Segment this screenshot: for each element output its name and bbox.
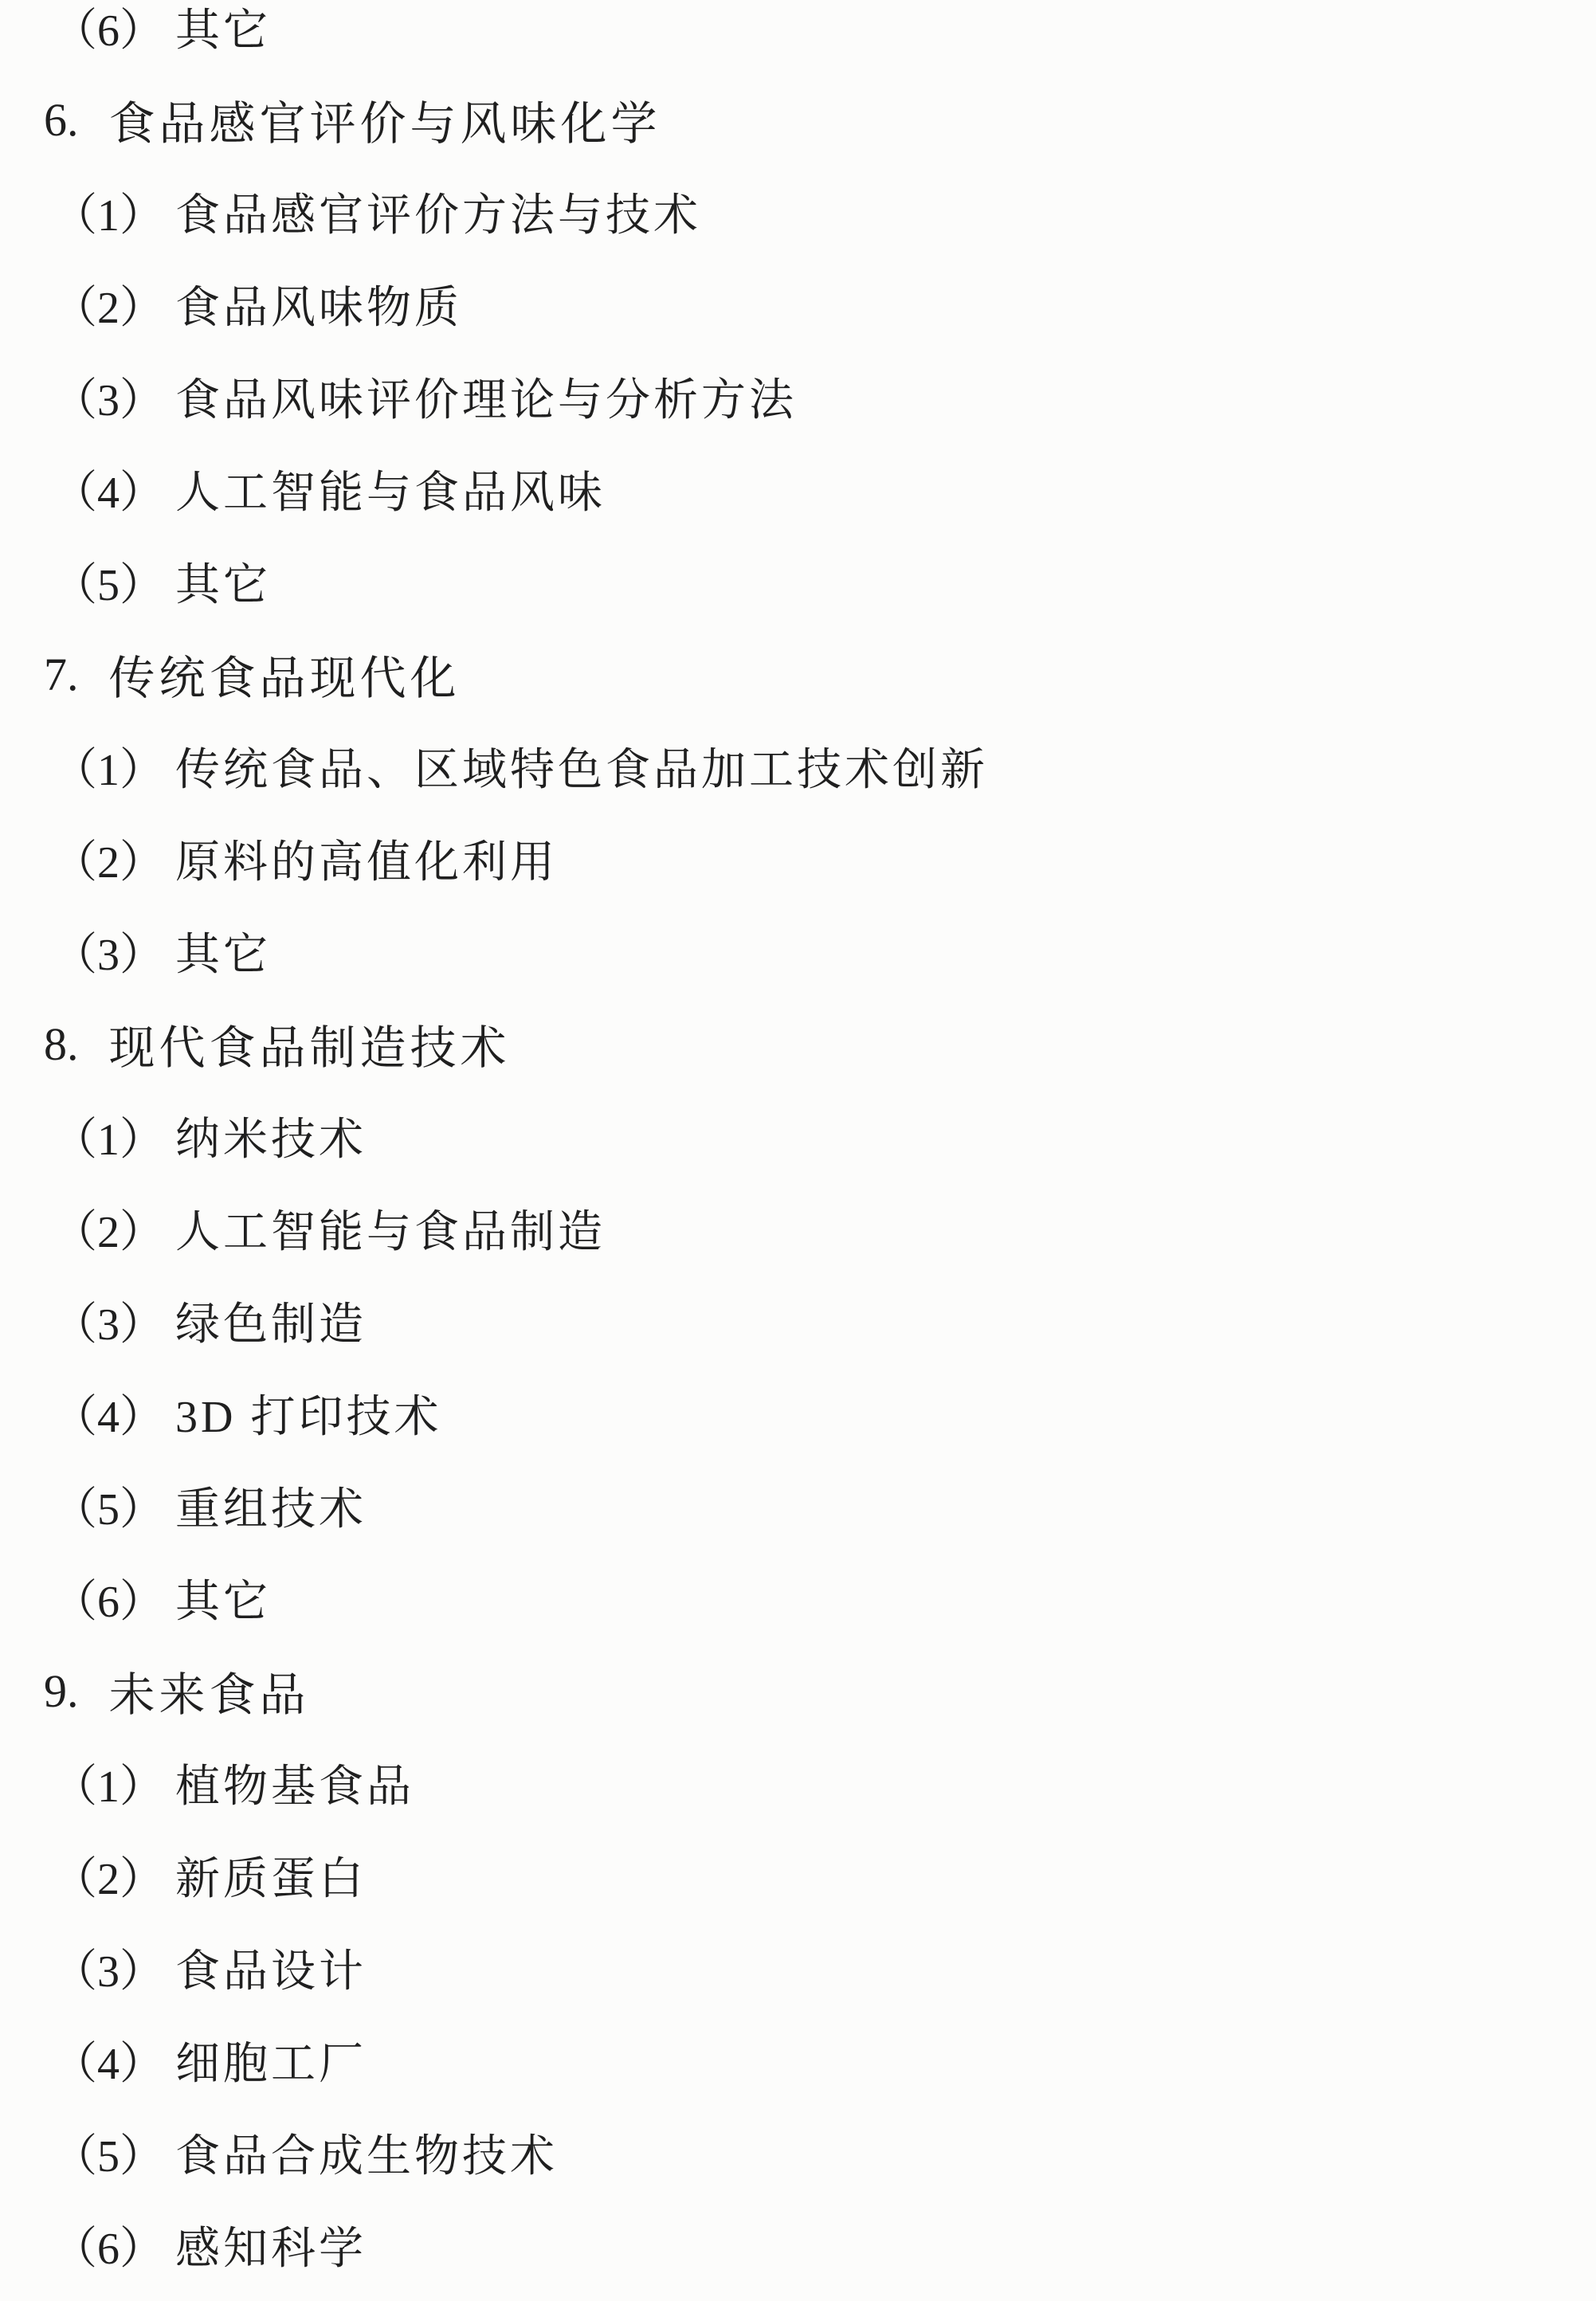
item-marker: （6） [53,0,164,59]
item-text: 纳米技术 [175,1104,367,1168]
list-item: （3） 绿色制造 [0,1275,1596,1367]
item-marker: 7. [44,648,79,701]
item-marker: （1） [53,1751,164,1815]
item-text: 其它 [175,1566,271,1630]
item-marker: 6. [44,93,79,147]
list-item: （6） 其它 [0,0,1596,73]
item-text: 人工智能与食品制造 [175,1197,606,1260]
item-marker: （6） [53,2213,164,2277]
item-text: 绿色制造 [175,1289,367,1353]
item-text: 人工智能与食品风味 [175,457,606,521]
item-text: 原料的高值化利用 [175,827,558,891]
list-item: （3） 其它 [0,905,1596,998]
list-item: （1） 植物基食品 [0,1737,1596,1829]
item-marker: （3） [53,365,164,429]
item-marker: （2） [53,272,164,336]
list-item: （6） 其它 [0,1552,1596,1644]
list-item: （2） 人工智能与食品制造 [0,1182,1596,1275]
item-text: 传统食品、区域特色食品加工技术创新 [175,735,988,798]
item-marker: 9. [44,1664,79,1718]
item-marker: （4） [53,457,164,521]
item-text: 其它 [175,919,271,983]
item-text: 其它 [175,550,271,613]
item-marker: （6） [53,1566,164,1630]
item-text: 3D 打印技术 [175,1382,441,1445]
item-text: 食品感官评价与风味化学 [109,86,661,153]
item-marker: （4） [53,2029,164,2092]
item-text: 重组技术 [175,1474,367,1538]
list-item: （4） 人工智能与食品风味 [0,443,1596,535]
list-item: （1） 传统食品、区域特色食品加工技术创新 [0,720,1596,813]
item-marker: （1） [53,735,164,798]
item-marker: （2） [53,1844,164,1907]
item-marker: （5） [53,1474,164,1538]
item-text: 传统食品现代化 [109,641,461,708]
list-item: （1） 纳米技术 [0,1090,1596,1182]
list-item: （5） 食品合成生物技术 [0,2107,1596,2199]
item-text: 未来食品 [109,1657,310,1724]
item-marker: 8. [44,1017,79,1071]
item-text: 食品感官评价方法与技术 [175,180,701,244]
item-marker: （4） [53,1382,164,1445]
item-text: 食品设计 [175,1936,367,2000]
item-text: 食品风味评价理论与分析方法 [175,365,797,429]
item-text: 细胞工厂 [175,2029,367,2092]
list-item: （6） 感知科学 [0,2199,1596,2291]
item-marker: （1） [53,180,164,244]
list-item: （1） 食品感官评价方法与技术 [0,166,1596,258]
item-marker: （2） [53,827,164,891]
item-marker: （3） [53,1289,164,1353]
list-item: （2） 新质蛋白 [0,1829,1596,1922]
list-item: （4） 细胞工厂 [0,2014,1596,2107]
section-heading: 7. 传统食品现代化 [0,628,1596,720]
section-heading: 9. 未来食品 [0,1644,1596,1737]
item-text: 其它 [175,0,271,59]
item-text: 植物基食品 [175,1751,414,1815]
section-heading: 6. 食品感官评价与风味化学 [0,73,1596,166]
document-page: （6） 其它 6. 食品感官评价与风味化学 （1） 食品感官评价方法与技术 （2… [0,0,1596,2301]
list-item: （2） 食品风味物质 [0,258,1596,351]
item-marker: （1） [53,1104,164,1168]
item-marker: （3） [53,1936,164,2000]
item-marker: （5） [53,550,164,613]
list-item: （2） 原料的高值化利用 [0,813,1596,905]
item-text: 新质蛋白 [175,1844,367,1907]
item-marker: （5） [53,2121,164,2185]
item-text: 现代食品制造技术 [109,1010,511,1077]
item-text: 感知科学 [175,2213,367,2277]
item-marker: （2） [53,1197,164,1260]
list-item: （4） 3D 打印技术 [0,1367,1596,1460]
list-item: （3） 食品风味评价理论与分析方法 [0,351,1596,443]
item-text: 食品风味物质 [175,272,462,336]
item-marker: （3） [53,919,164,983]
item-text: 食品合成生物技术 [175,2121,558,2185]
list-item: （5） 重组技术 [0,1460,1596,1552]
section-heading: 8. 现代食品制造技术 [0,998,1596,1090]
list-item: （5） 其它 [0,535,1596,628]
document-content: （6） 其它 6. 食品感官评价与风味化学 （1） 食品感官评价方法与技术 （2… [0,0,1596,2291]
list-item: （3） 食品设计 [0,1922,1596,2014]
